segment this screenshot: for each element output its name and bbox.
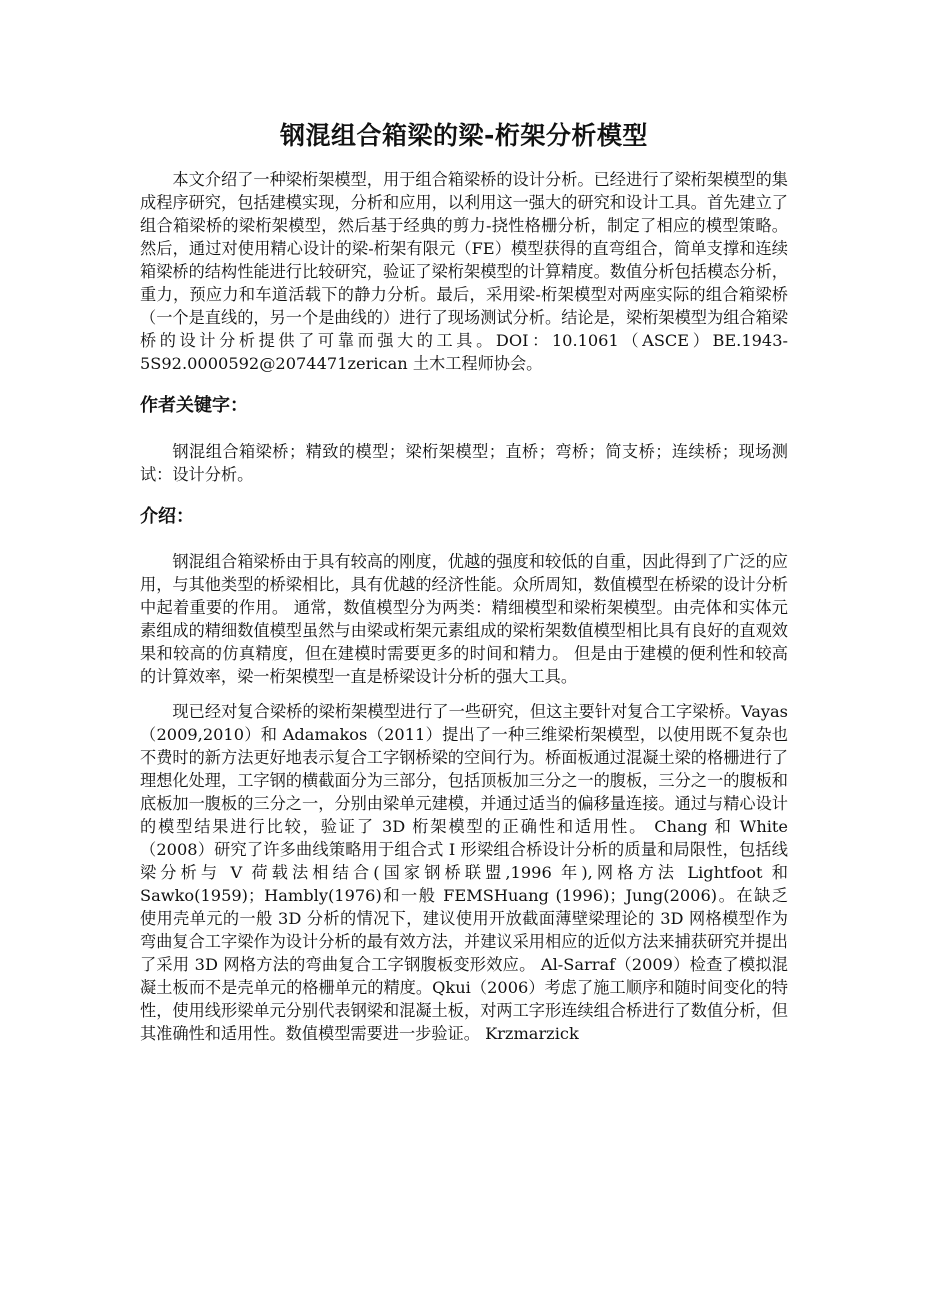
keywords-heading: 作者关键字：: [140, 393, 788, 419]
intro-paragraph-2: 现已经对复合梁桥的梁桁架模型进行了一些研究，但这主要针对复合工字梁桥。Vayas…: [140, 700, 788, 1045]
keywords-paragraph: 钢混组合箱梁桥；精致的模型；梁桁架模型；直桥；弯桥；简支桥；连续桥；现场测试：设…: [140, 440, 788, 486]
document-page: 钢混组合箱梁的梁-桁架分析模型 本文介绍了一种梁桁架模型，用于组合箱梁桥的设计分…: [140, 118, 788, 1045]
intro-paragraph-1: 钢混组合箱梁桥由于具有较高的刚度，优越的强度和较低的自重，因此得到了广泛的应用，…: [140, 550, 788, 688]
abstract-paragraph: 本文介绍了一种梁桁架模型，用于组合箱梁桥的设计分析。已经进行了梁桁架模型的集成程…: [140, 168, 788, 375]
introduction-heading: 介绍：: [140, 504, 788, 530]
paper-title: 钢混组合箱梁的梁-桁架分析模型: [140, 118, 788, 154]
